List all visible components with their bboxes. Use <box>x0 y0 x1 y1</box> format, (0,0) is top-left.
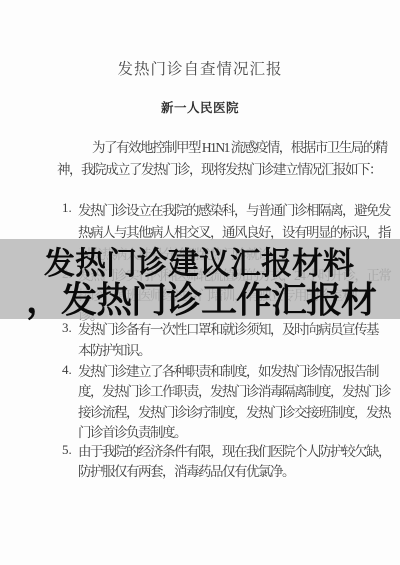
overlay-headline-line1: 发热门诊建议汇报材料 <box>44 248 354 279</box>
list-item: 5.由于我院的经济条件有限，现在我们医院个人防护较欠缺，防护服仅有两套，消毒药品… <box>62 442 382 482</box>
list-item-line: 发热门诊备有一次性口罩和就诊须知，及时向病员宣传基 <box>78 320 382 341</box>
list-item-line: 由于我院的经济条件有限，现在我们医院个人防护较欠缺， <box>78 442 382 462</box>
list-item: 3.发热门诊备有一次性口罩和就诊须知，及时向病员宣传基本防护知识。 <box>62 320 382 361</box>
intro-line: 神，我院成立了发热门诊，现将发热门诊建立情况汇报如下： <box>57 159 377 181</box>
list-item-line: 发热门诊建立了各种职责和制度，如发热门诊情况报告制 <box>78 362 382 382</box>
watermark-overlay-banner: 发热门诊建议汇报材料 ，发热门诊工作汇报材 <box>0 239 400 319</box>
list-item-line: 本防护知识。 <box>78 341 382 362</box>
list-item-line: 门诊首诊负责制度。 <box>78 423 382 443</box>
document-page: 发热门诊自查情况汇报 新一人民医院 为了有效地控制甲型 H1N1 流感疫情，根据… <box>0 0 400 565</box>
list-item: 4.发热门诊建立了各种职责和制度，如发热门诊情况报告制度，发热门诊工作职责，发热… <box>62 362 382 443</box>
list-item-line: 接诊流程，发热门诊诊疗制度，发热门诊交接班制度，发热 <box>78 403 382 423</box>
intro-line: 为了有效地控制甲型 H1N1 流感疫情，根据市卫生局的精 <box>57 137 377 159</box>
overlay-headline-line2: ，发热门诊工作汇报材 <box>26 282 376 318</box>
list-item-line: 发热门诊设立在我院的感染科，与普通门诊相隔离，避免发 <box>78 200 382 222</box>
list-item-number: 4. <box>62 362 72 378</box>
list-item-line: 防护服仅有两套，消毒药品仅有优氯净。 <box>78 462 382 482</box>
hospital-name: 新一人民医院 <box>0 98 400 116</box>
list-item-line: 度，发热门诊工作职责，发热门诊消毒隔离制度，发热门诊 <box>78 382 382 402</box>
list-item-number: 1. <box>62 200 72 216</box>
page-title: 发热门诊自查情况汇报 <box>0 57 400 79</box>
list-item-number: 3. <box>62 320 72 336</box>
intro-paragraph: 为了有效地控制甲型 H1N1 流感疫情，根据市卫生局的精 神，我院成立了发热门诊… <box>57 137 377 181</box>
list-item-number: 5. <box>62 442 72 458</box>
